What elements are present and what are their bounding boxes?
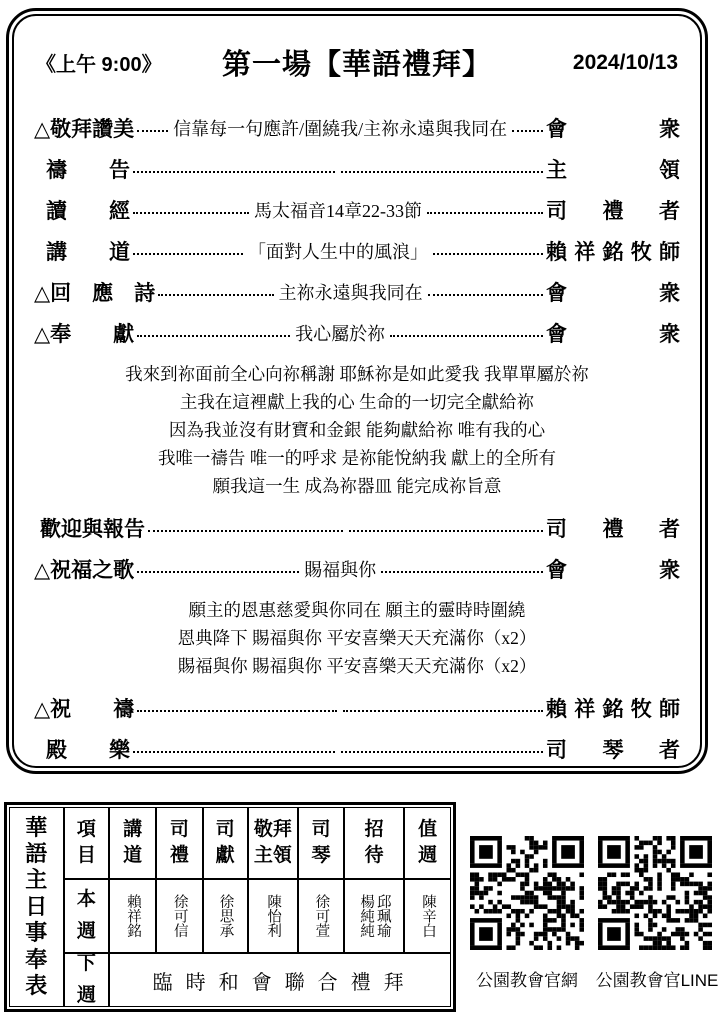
qr-code-line — [598, 836, 712, 950]
service-item-content: 馬太福音14章22-33節 — [254, 197, 422, 223]
service-item-label: 讀 經 — [46, 195, 130, 225]
this-week-label: 本 週 — [65, 880, 109, 952]
this-week-liturgist: 徐可信 — [157, 880, 202, 952]
duty-header-pianist: 司 琴 — [299, 808, 343, 878]
blessing-song-lyrics: 願主的恩惠慈愛與你同在 願主的靈時時圍繞 恩典降下 賜福與你 平安喜樂天天充滿你… — [34, 596, 680, 680]
lyric-line: 賜福與你 賜福與你 平安喜樂天天充滿你（x2） — [34, 652, 680, 680]
next-week-note: 臨 時 和 會 聯 合 禮 拜 — [110, 954, 450, 1006]
duty-header-duty-week: 值 週 — [405, 808, 450, 878]
dotted-leader — [390, 335, 543, 337]
this-week-duty: 陳辛白 — [405, 880, 450, 952]
dotted-leader — [343, 710, 543, 712]
this-week-worship-lead: 陳怡利 — [249, 880, 298, 952]
service-item-sermon: 講 道 「面對人生中的風浪」 賴祥銘牧師 — [34, 230, 680, 271]
dotted-leader — [133, 212, 249, 214]
duty-table-inner: 華 語 主 日 事 奉 表 項 目 講 道 司 禮 司 獻 敬拜 主領 司 琴 … — [9, 807, 451, 1007]
dotted-leader — [158, 294, 273, 296]
service-item-label: 殿 樂 — [46, 734, 130, 764]
service-item-label: △奉 獻 — [34, 318, 134, 348]
service-item-label: 禱 告 — [46, 154, 130, 184]
service-time: 《上午 9:00》 — [36, 48, 186, 77]
duty-table: 華 語 主 日 事 奉 表 項 目 講 道 司 禮 司 獻 敬拜 主領 司 琴 … — [4, 802, 456, 1012]
dotted-leader — [341, 751, 543, 753]
service-item-scripture: 讀 經 馬太福音14章22-33節 司禮者 — [34, 189, 680, 230]
service-item-label: 講 道 — [46, 236, 130, 266]
service-item-content: 主祢永遠與我同在 — [279, 279, 423, 305]
bulletin-box: 《上午 9:00》 第一場【華語禮拜】 2024/10/13 △敬拜讚美 信靠每… — [6, 8, 708, 774]
lyric-line: 願我這一生 成為祢器皿 能完成祢旨意 — [34, 472, 680, 500]
service-item-postlude: 殿 樂 司琴者 — [34, 728, 680, 769]
service-item-label: △敬拜讚美 — [34, 113, 134, 143]
service-date: 2024/10/13 — [528, 51, 678, 75]
this-week-sermon: 賴祥銘 — [110, 880, 155, 952]
duty-header-ushers: 招 待 — [345, 808, 403, 878]
dotted-leader — [148, 530, 343, 532]
service-item-role: 司禮者 — [546, 195, 680, 225]
service-item-welcome: 歡迎與報告 司禮者 — [34, 507, 680, 548]
dotted-leader — [427, 212, 543, 214]
this-week-offering: 徐思承 — [204, 880, 247, 952]
dotted-leader — [133, 253, 243, 255]
dotted-leader — [341, 171, 543, 173]
bulletin-page: { "header": { "time": "《上午 9:00》", "titl… — [0, 0, 719, 1021]
service-item-content: 我心屬於祢 — [295, 320, 385, 346]
dotted-leader — [137, 335, 290, 337]
dotted-leader — [428, 294, 543, 296]
duty-table-grid: 華 語 主 日 事 奉 表 項 目 講 道 司 禮 司 獻 敬拜 主領 司 琴 … — [10, 808, 450, 1006]
dotted-leader — [512, 130, 543, 132]
lyric-line: 我來到祢面前全心向祢稱謝 耶穌祢是如此愛我 我單單屬於祢 — [34, 360, 680, 388]
service-item-role: 司禮者 — [546, 513, 680, 543]
service-item-label: 歡迎與報告 — [40, 513, 145, 543]
service-item-worship: △敬拜讚美 信靠每一句應許/圍繞我/主祢永遠與我同在 會衆 — [34, 107, 680, 148]
dotted-leader — [381, 571, 543, 573]
service-item-role: 賴祥銘牧師 — [546, 236, 680, 266]
duty-header-liturgist: 司 禮 — [157, 808, 202, 878]
offering-song-lyrics: 我來到祢面前全心向祢稱謝 耶穌祢是如此愛我 我單單屬於祢 主我在這裡獻上我的心 … — [34, 360, 680, 500]
service-item-role: 賴祥銘牧師 — [546, 693, 680, 723]
service-item-role: 會衆 — [546, 554, 680, 584]
duty-header-offering: 司 獻 — [204, 808, 247, 878]
dotted-leader — [137, 571, 299, 573]
service-item-response-hymn: △回 應 詩 主祢永遠與我同在 會衆 — [34, 271, 680, 312]
page-title: 第一場【華語禮拜】 — [186, 42, 528, 83]
qr-line-label: 公園教會官LINE — [592, 966, 719, 991]
bulletin-header: 《上午 9:00》 第一場【華語禮拜】 2024/10/13 — [36, 42, 678, 83]
service-item-blessing-song: △祝福之歌 賜福與你 會衆 — [34, 548, 680, 589]
service-item-content: 賜福與你 — [304, 556, 376, 582]
service-item-label: △回 應 詩 — [34, 277, 155, 307]
duty-header-item: 項 目 — [65, 808, 109, 878]
service-item-role: 會衆 — [546, 277, 680, 307]
bulletin-box-inner: 《上午 9:00》 第一場【華語禮拜】 2024/10/13 △敬拜讚美 信靠每… — [12, 14, 702, 768]
service-item-content: 信靠每一句應許/圍繞我/主祢永遠與我同在 — [173, 115, 507, 141]
lyric-line: 我唯一禱告 唯一的呼求 是祢能悅納我 獻上的全所有 — [34, 444, 680, 472]
dotted-leader — [433, 253, 543, 255]
service-item-role: 會衆 — [546, 113, 680, 143]
lyric-line: 主我在這裡獻上我的心 生命的一切完全獻給祢 — [34, 388, 680, 416]
duty-header-sermon: 講 道 — [110, 808, 155, 878]
service-item-role: 司琴者 — [546, 734, 680, 764]
this-week-ushers: 楊純純 邱珮瑜 — [345, 880, 403, 952]
duty-header-worship-lead: 敬拜 主領 — [249, 808, 298, 878]
this-week-pianist: 徐可萱 — [299, 880, 343, 952]
dotted-leader — [349, 530, 544, 532]
qr-website-label: 公園教會官網 — [462, 966, 592, 991]
service-item-label: △祝福之歌 — [34, 554, 134, 584]
service-item-content: 「面對人生中的風浪」 — [248, 238, 428, 264]
service-item-label: △祝 禱 — [34, 693, 134, 723]
dotted-leader — [137, 130, 168, 132]
service-item-role: 會衆 — [546, 318, 680, 348]
next-week-label: 下 週 — [65, 954, 109, 1006]
service-item-offering: △奉 獻 我心屬於祢 會衆 — [34, 312, 680, 353]
qr-code-website — [470, 836, 584, 950]
duty-table-side-label: 華 語 主 日 事 奉 表 — [10, 808, 63, 1006]
dotted-leader — [133, 171, 335, 173]
dotted-leader — [137, 710, 337, 712]
lyric-line: 願主的恩惠慈愛與你同在 願主的靈時時圍繞 — [34, 596, 680, 624]
dotted-leader — [133, 751, 335, 753]
lyric-line: 因為我並沒有財寶和金銀 能夠獻給祢 唯有我的心 — [34, 416, 680, 444]
service-item-benediction: △祝 禱 賴祥銘牧師 — [34, 687, 680, 728]
service-item-role: 主領 — [546, 154, 680, 184]
service-item-prayer: 禱 告 主領 — [34, 148, 680, 189]
lyric-line: 恩典降下 賜福與你 平安喜樂天天充滿你（x2） — [34, 624, 680, 652]
